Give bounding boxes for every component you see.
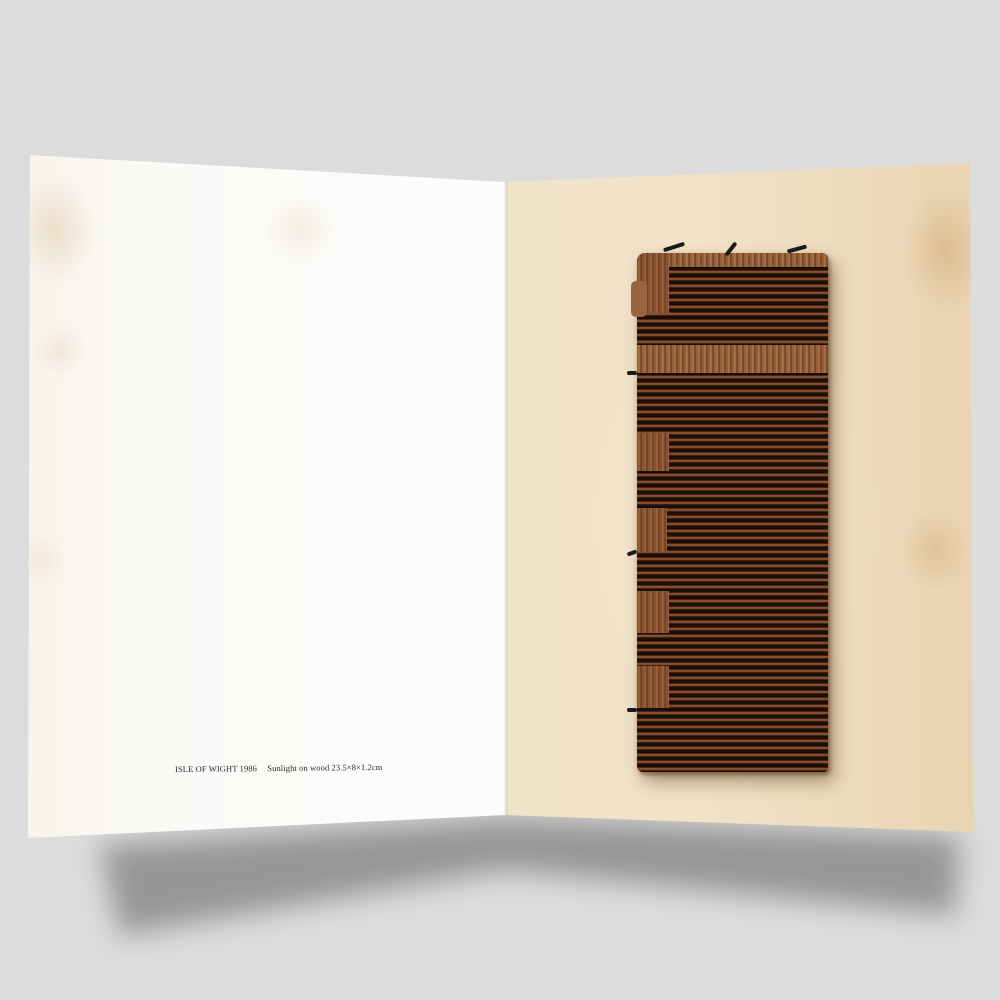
- nail-icon: [627, 708, 637, 712]
- artwork-wood-strip: [637, 508, 667, 552]
- artwork-photo: [637, 253, 828, 772]
- artwork-middle-band: [637, 345, 828, 373]
- caption-description: Sunlight on wood 23.5×8×1.2cm: [267, 762, 382, 773]
- book-spread: ISLE OF WIGHT 1986 Sunlight on wood 23.5…: [0, 0, 1000, 1000]
- artwork-knot: [631, 281, 647, 317]
- artwork-wood-strip: [637, 433, 669, 471]
- artwork-wood-strip: [637, 666, 669, 708]
- book-gutter: [502, 182, 508, 815]
- caption-title: ISLE OF WIGHT 1986: [175, 763, 257, 774]
- artwork-wood-strip: [637, 591, 669, 633]
- nail-icon: [627, 371, 637, 375]
